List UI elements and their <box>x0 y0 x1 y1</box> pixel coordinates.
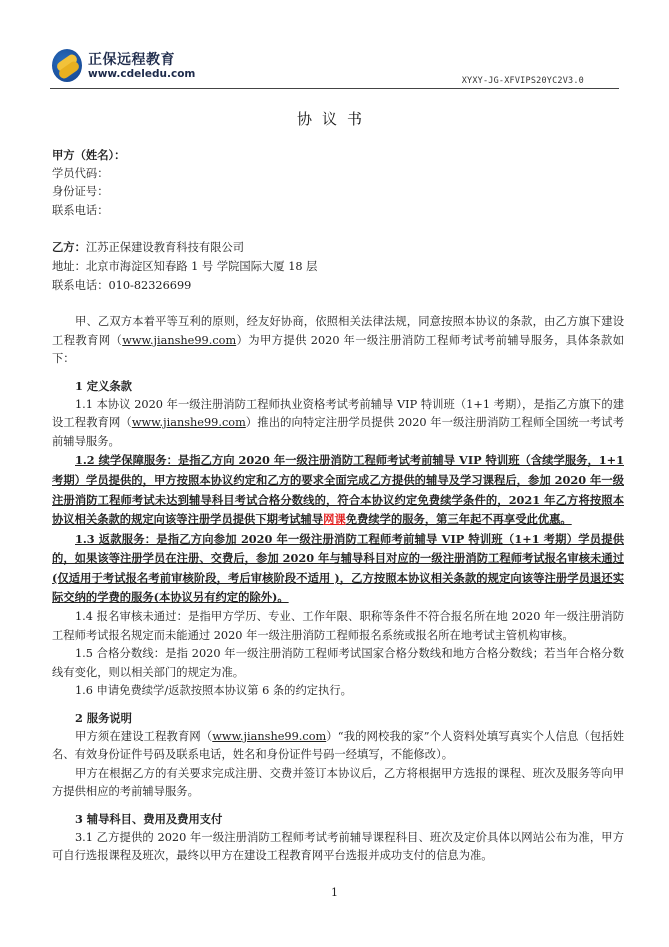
clause-1-6: 1.6 申请免费续学/返款按照本协议第 6 条的约定执行。 <box>52 682 624 701</box>
student-code-label: 学员代码： <box>52 165 624 184</box>
clause-3-1: 3.1 乙方提供的 2020 年一级注册消防工程师考试考前辅导课程科目、班次及定… <box>52 829 624 866</box>
party-b-line: 乙方：江苏正保建设教育科技有限公司 <box>52 238 624 258</box>
party-a-phone-label: 联系电话： <box>52 202 624 221</box>
intro-paragraph: 甲、乙双方本着平等互利的原则，经友好协商，依照相关法律法规，同意按照本协议的条款… <box>52 313 624 369</box>
service-paragraph-1: 甲方须在建设工程教育网（www.jianshe99.com）“我的网校我的家”个… <box>52 728 624 765</box>
logo-url: www.cdeledu.com <box>88 68 195 80</box>
logo-emblem-icon <box>52 49 82 82</box>
service-paragraph-2: 甲方在根据乙方的有关要求完成注册、交费并签订本协议后，乙方将根据甲方选报的课程、… <box>52 765 624 802</box>
page-header: 正保远程教育 www.cdeledu.com XYXY-JG-XFVIPS20Y… <box>0 0 669 92</box>
highlight-online-course: 网课 <box>323 512 346 526</box>
document-title: 协议书 <box>0 108 669 129</box>
party-b-label: 乙方： <box>52 240 86 254</box>
party-b-address: 地址：北京市海淀区知春路 1 号 学院国际大厦 18 层 <box>52 258 624 277</box>
document-body: 甲方（姓名）： 学员代码： 身份证号： 联系电话： 乙方：江苏正保建设教育科技有… <box>52 146 624 866</box>
company-logo: 正保远程教育 www.cdeledu.com <box>52 48 182 88</box>
clause-1-5: 1.5 合格分数线：是指 2020 年一级注册消防工程师考试国家合格分数线和地方… <box>52 645 624 682</box>
header-divider <box>50 88 619 89</box>
clause-1-1: 1.1 本协议 2020 年一级注册消防工程师执业资格考试考前辅导 VIP 特训… <box>52 396 624 452</box>
logo-name: 正保远程教育 <box>88 49 175 69</box>
party-b-company: 江苏正保建设教育科技有限公司 <box>86 241 244 254</box>
section-3-heading: 3 辅导科目、费用及费用支付 <box>52 810 624 829</box>
jianshe99-link[interactable]: www.jianshe99.com <box>212 730 326 743</box>
section-2-heading: 2 服务说明 <box>52 709 624 728</box>
jianshe99-link[interactable]: www.jianshe99.com <box>122 334 236 347</box>
clause-1-2: 1.2 续学保障服务：是指乙方向 2020 年一级注册消防工程师考试考前辅导 V… <box>52 451 624 529</box>
party-a-name-label: 甲方（姓名）： <box>52 146 624 165</box>
section-1-heading: 1 定义条款 <box>52 377 624 396</box>
jianshe99-link[interactable]: www.jianshe99.com <box>132 416 246 429</box>
clause-1-3: 1.3 返款服务：是指乙方向参加 2020 年一级注册消防工程师考前辅导 VIP… <box>52 530 624 608</box>
clause-1-4: 1.4 报名审核未通过：是指甲方学历、专业、工作年限、职称等条件不符合报名所在地… <box>52 608 624 645</box>
page-number: 1 <box>0 886 669 899</box>
party-b-phone: 联系电话：010-82326699 <box>52 277 624 296</box>
document-code: XYXY-JG-XFVIPS20YC2V3.0 <box>462 76 584 86</box>
id-number-label: 身份证号： <box>52 183 624 202</box>
